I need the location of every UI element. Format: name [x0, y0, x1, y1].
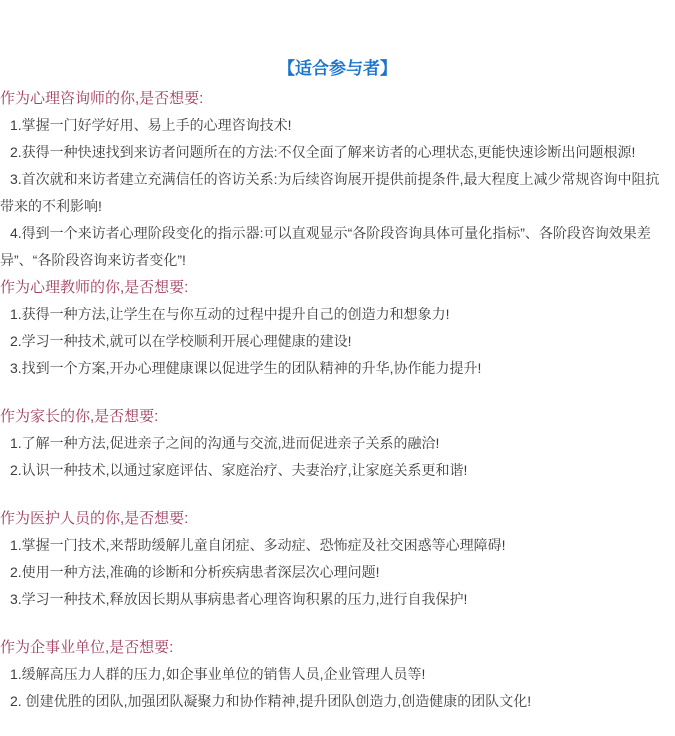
list-item: 2.学习一种技术,就可以在学校顺利开展心理健康的建设!: [0, 328, 675, 355]
list-item: 3.首次就和来访者建立充满信任的咨访关系:为后续咨询展开提供前提条件,最大程度上…: [0, 166, 675, 220]
section: 作为医护人员的你,是否想要:1.掌握一门技术,来帮助缓解儿童自闭症、多动症、恐怖…: [0, 505, 675, 613]
section-header: 作为心理教师的你,是否想要:: [0, 274, 675, 301]
section-header: 作为家长的你,是否想要:: [0, 403, 675, 430]
section: 作为心理咨询师的你,是否想要:1.掌握一门好学好用、易上手的心理咨询技术!2.获…: [0, 85, 675, 274]
section-header: 作为心理咨询师的你,是否想要:: [0, 85, 675, 112]
list-item: 1.缓解高压力人群的压力,如企事业单位的销售人员,企业管理人员等!: [0, 661, 675, 688]
sections-container: 作为心理咨询师的你,是否想要:1.掌握一门好学好用、易上手的心理咨询技术!2.获…: [0, 85, 675, 715]
list-item: 2.认识一种技术,以通过家庭评估、家庭治疗、夫妻治疗,让家庭关系更和谐!: [0, 457, 675, 484]
section: 作为心理教师的你,是否想要:1.获得一种方法,让学生在与你互动的过程中提升自己的…: [0, 274, 675, 382]
section: 作为企事业单位,是否想要:1.缓解高压力人群的压力,如企事业单位的销售人员,企业…: [0, 634, 675, 715]
list-item: 2. 创建优胜的团队,加强团队凝聚力和协作精神,提升团队创造力,创造健康的团队文…: [0, 688, 675, 715]
list-item: 1.获得一种方法,让学生在与你互动的过程中提升自己的创造力和想象力!: [0, 301, 675, 328]
list-item: 3.学习一种技术,释放因长期从事病患者心理咨询积累的压力,进行自我保护!: [0, 586, 675, 613]
list-item: 2.使用一种方法,准确的诊断和分析疾病患者深层次心理问题!: [0, 559, 675, 586]
list-item: 4.得到一个来访者心理阶段变化的指示器:可以直观显示“各阶段咨询具体可量化指标”…: [0, 220, 675, 274]
section-header: 作为企事业单位,是否想要:: [0, 634, 675, 661]
page: 【适合参与者】 作为心理咨询师的你,是否想要:1.掌握一门好学好用、易上手的心理…: [0, 58, 675, 715]
list-item: 1.掌握一门技术,来帮助缓解儿童自闭症、多动症、恐怖症及社交困惑等心理障碍!: [0, 532, 675, 559]
list-item: 1.了解一种方法,促进亲子之间的沟通与交流,进而促进亲子关系的融洽!: [0, 430, 675, 457]
page-title: 【适合参与者】: [0, 58, 675, 80]
list-item: 3.找到一个方案,开办心理健康课以促进学生的团队精神的升华,协作能力提升!: [0, 355, 675, 382]
list-item: 2.获得一种快速找到来访者问题所在的方法:不仅全面了解来访者的心理状态,更能快速…: [0, 139, 675, 166]
section-header: 作为医护人员的你,是否想要:: [0, 505, 675, 532]
section: 作为家长的你,是否想要:1.了解一种方法,促进亲子之间的沟通与交流,进而促进亲子…: [0, 403, 675, 484]
list-item: 1.掌握一门好学好用、易上手的心理咨询技术!: [0, 112, 675, 139]
